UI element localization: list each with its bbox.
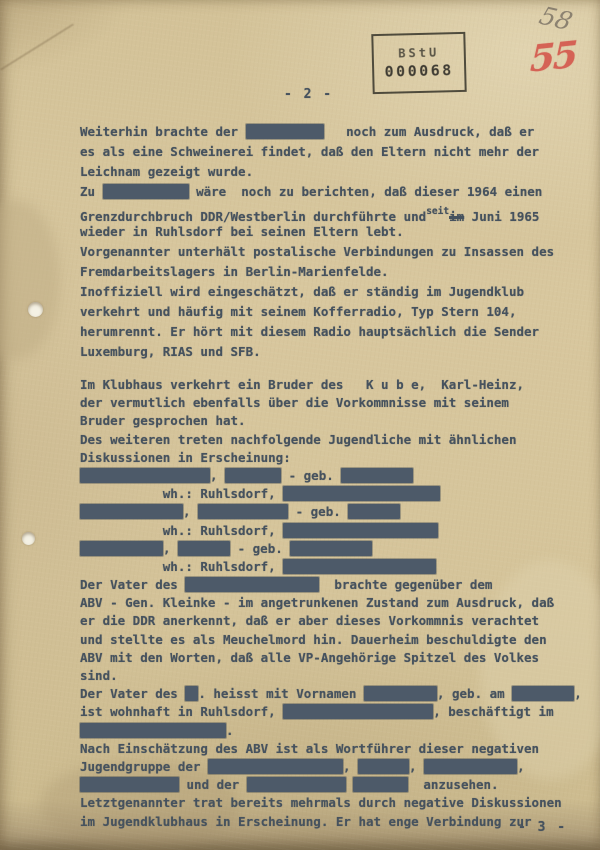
- text-run: und stellte es als Meuchelmord hin. Daue…: [80, 632, 547, 647]
- text-line: , - geb.: [80, 503, 585, 521]
- text-line: Der Vater des . heisst mit Vornamen , ge…: [80, 685, 585, 703]
- paper-crease: [0, 23, 74, 70]
- redaction-bar: [364, 686, 437, 701]
- text-run: Juni 1965: [464, 209, 539, 224]
- handwritten-pencil-number: 58: [536, 1, 576, 36]
- text-line: Vorgenannter unterhält postalische Verbi…: [80, 242, 585, 262]
- text-run: wh.: Ruhlsdorf,: [80, 523, 283, 538]
- text-line: ABV mit den Worten, daß alle VP-Angehöri…: [80, 649, 585, 667]
- redaction-bar: [348, 504, 400, 519]
- redaction-bar: [341, 468, 413, 483]
- handwritten-red-number: 55: [529, 33, 576, 80]
- text-run: er die DDR anerkennt, daß er aber dieses…: [80, 613, 539, 628]
- text-run: wäre noch zu berichten, daß dieser 1964 …: [189, 184, 543, 199]
- text-line: , - geb.: [80, 540, 585, 558]
- text-run: wieder in Ruhlsdorf bei seinen Eltern le…: [80, 224, 404, 239]
- redaction-bar: [80, 541, 163, 556]
- text-line: Weiterhin brachte der noch zum Ausdruck,…: [80, 122, 585, 142]
- text-line: Grenzdurchbruch DDR/Westberlin durchführ…: [80, 202, 585, 222]
- redaction-bar: [424, 759, 517, 774]
- text-line: sind.: [80, 667, 585, 685]
- text-run: - geb.: [230, 541, 290, 556]
- text-run: , beschäftigt im: [433, 704, 553, 719]
- redaction-bar: [225, 468, 281, 483]
- text-run: - geb.: [288, 504, 348, 519]
- text-line: Luxemburg, RIAS und SFB.: [80, 342, 585, 362]
- text-run: Leichnam gezeigt wurde.: [80, 164, 253, 179]
- text-run: ,: [210, 468, 225, 483]
- text-line: im Jugendklubhaus in Erscheinung. Er hat…: [80, 813, 585, 831]
- page-number-top: - 2 -: [284, 87, 333, 102]
- text-run: Fremdarbeitslagers in Berlin-Marienfelde…: [80, 264, 389, 279]
- redaction-bar: [283, 486, 440, 501]
- text-line: der vermutlich ebenfalls über die Vorkom…: [80, 394, 585, 412]
- text-run: ,: [409, 759, 424, 774]
- redaction-bar: [283, 704, 433, 719]
- redaction-bar: [246, 124, 324, 139]
- text-run: ,: [183, 504, 198, 519]
- text-line: Fremdarbeitslagers in Berlin-Marienfelde…: [80, 262, 585, 282]
- text-run: im Jugendklubhaus in Erscheinung. Er hat…: [80, 814, 532, 829]
- text-line: Letztgenannter trat bereits mehrmals dur…: [80, 794, 585, 812]
- hole-punch: [28, 302, 43, 317]
- text-run: Luxemburg, RIAS und SFB.: [80, 344, 261, 359]
- struck-through-text: im: [449, 209, 464, 224]
- text-run: wh.: Ruhlsdorf,: [80, 486, 283, 501]
- text-line: Zu wäre noch zu berichten, daß dieser 19…: [80, 182, 585, 202]
- text-run: brachte gegenüber dem: [319, 577, 492, 592]
- text-run: ,: [517, 759, 525, 774]
- text-run: Des weiteren treten nachfolgende Jugendl…: [80, 432, 517, 447]
- text-run: ABV - Gen. Kleinke - im angetrunkenen Zu…: [80, 595, 554, 610]
- text-run: , geb. am: [437, 686, 512, 701]
- text-run: ,: [343, 759, 358, 774]
- redaction-bar: [353, 777, 408, 792]
- text-line: herumrennt. Er hört mit diesem Radio hau…: [80, 322, 585, 342]
- text-run: anzusehen.: [408, 777, 498, 792]
- text-line: Diskussionen in Erscheinung:: [80, 449, 585, 467]
- text-run: es als eine Schweinerei findet, daß den …: [80, 144, 539, 159]
- text-run: ist wohnhaft in Ruhlsdorf,: [80, 704, 283, 719]
- hole-punch: [22, 532, 35, 545]
- text-run: [346, 777, 354, 792]
- text-line: Nach Einschätzung des ABV ist als Wortfü…: [80, 740, 585, 758]
- redaction-bar: [198, 504, 288, 519]
- archive-stamp: BStU 000068: [371, 32, 466, 94]
- redaction-bar: [358, 759, 409, 774]
- redaction-bar: [290, 541, 372, 556]
- text-line: Inoffiziell wird eingeschätzt, daß er st…: [80, 282, 585, 302]
- stamp-org-label: BStU: [398, 46, 439, 61]
- text-run: wh.: Ruhlsdorf,: [80, 559, 283, 574]
- text-run: - geb.: [281, 468, 341, 483]
- redaction-bar: [178, 541, 230, 556]
- text-run: Diskussionen in Erscheinung:: [80, 450, 291, 465]
- text-run: ,: [574, 686, 582, 701]
- text-run: Der Vater des: [80, 686, 185, 701]
- text-line: verkehrt und häufig mit seinem Kofferrad…: [80, 302, 585, 322]
- superscript-correction: seit: [426, 206, 449, 217]
- redaction-bar: [80, 777, 179, 792]
- text-run: Der Vater des: [80, 577, 185, 592]
- text-line: ABV - Gen. Kleinke - im angetrunkenen Zu…: [80, 594, 585, 612]
- text-run: herumrennt. Er hört mit diesem Radio hau…: [80, 324, 539, 339]
- text-run: sind.: [80, 668, 118, 683]
- text-line: .: [80, 722, 585, 740]
- text-line: Der Vater des brachte gegenüber dem: [80, 576, 585, 594]
- redaction-bar: [247, 777, 346, 792]
- redaction-bar: [512, 686, 574, 701]
- redaction-bar: [185, 686, 198, 701]
- text-line: Leichnam gezeigt wurde.: [80, 162, 585, 182]
- text-run: der vermutlich ebenfalls über die Vorkom…: [80, 395, 509, 410]
- text-run: Zu: [80, 184, 103, 199]
- page-number-bottom: - 3 -: [518, 820, 567, 835]
- text-run: ABV mit den Worten, daß alle VP-Angehöri…: [80, 650, 539, 665]
- text-run: ,: [163, 541, 178, 556]
- text-run: und der: [179, 777, 247, 792]
- stamp-serial-number: 000068: [384, 61, 454, 81]
- text-run: Weiterhin brachte der: [80, 124, 246, 139]
- text-line: wh.: Ruhlsdorf,: [80, 485, 585, 503]
- text-line: Bruder gesprochen hat.: [80, 412, 585, 430]
- text-line: , - geb.: [80, 467, 585, 485]
- blank-line: [80, 362, 585, 376]
- redaction-bar: [80, 723, 226, 738]
- redaction-bar: [185, 577, 319, 592]
- text-run: Letztgenannter trat bereits mehrmals dur…: [80, 795, 562, 810]
- text-line: Jugendgruppe der , , ,: [80, 758, 585, 776]
- text-run: verkehrt und häufig mit seinem Kofferrad…: [80, 304, 517, 319]
- text-run: Jugendgruppe der: [80, 759, 208, 774]
- text-run: . heisst mit Vornamen: [198, 686, 364, 701]
- text-run: Inoffiziell wird eingeschätzt, daß er st…: [80, 284, 524, 299]
- text-line: und stellte es als Meuchelmord hin. Daue…: [80, 631, 585, 649]
- text-run: Im Klubhaus verkehrt ein Bruder des K u …: [80, 377, 524, 392]
- text-line: Im Klubhaus verkehrt ein Bruder des K u …: [80, 376, 585, 394]
- text-line: und der anzusehen.: [80, 776, 585, 794]
- text-line: ist wohnhaft in Ruhlsdorf, , beschäftigt…: [80, 703, 585, 721]
- text-line: wh.: Ruhlsdorf,: [80, 558, 585, 576]
- redaction-bar: [208, 759, 343, 774]
- redaction-bar: [283, 523, 438, 538]
- redaction-bar: [80, 468, 210, 483]
- text-line: Des weiteren treten nachfolgende Jugendl…: [80, 431, 585, 449]
- text-run: Vorgenannter unterhält postalische Verbi…: [80, 244, 554, 259]
- text-run: Bruder gesprochen hat.: [80, 413, 246, 428]
- redaction-bar: [283, 559, 436, 574]
- redaction-bar: [103, 184, 189, 199]
- text-run: Nach Einschätzung des ABV ist als Wortfü…: [80, 741, 539, 756]
- typewritten-text: Weiterhin brachte der noch zum Ausdruck,…: [80, 122, 585, 831]
- redaction-bar: [80, 504, 183, 519]
- text-run: .: [226, 723, 234, 738]
- text-line: wieder in Ruhlsdorf bei seinen Eltern le…: [80, 222, 585, 242]
- text-run: noch zum Ausdruck, daß er: [324, 124, 535, 139]
- scanned-document-page: BStU 000068 58 55 - 2 - Weiterhin bracht…: [0, 0, 600, 850]
- text-line: es als eine Schweinerei findet, daß den …: [80, 142, 585, 162]
- text-line: er die DDR anerkennt, daß er aber dieses…: [80, 612, 585, 630]
- paper-stain: [0, 200, 60, 360]
- text-line: wh.: Ruhlsdorf,: [80, 522, 585, 540]
